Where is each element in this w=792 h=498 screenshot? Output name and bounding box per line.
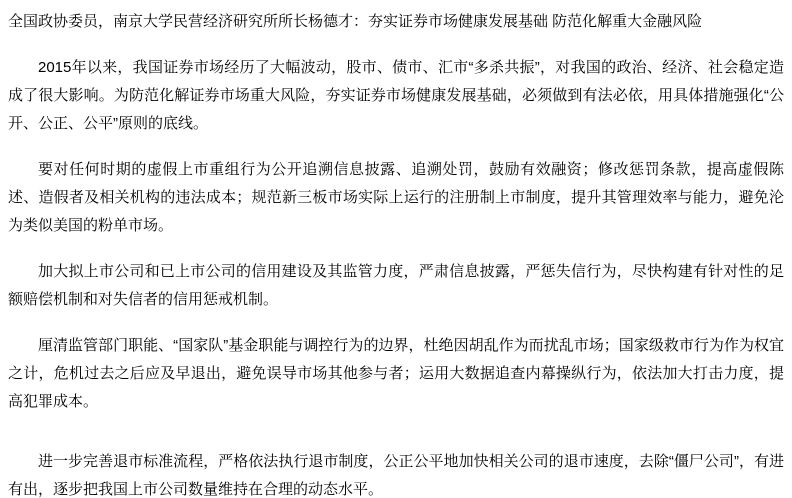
paragraph-regulator-boundaries: 厘清监管部门职能、“国家队”基金职能与调控行为的边界，杜绝因胡乱作为而扰乱市场；… xyxy=(8,332,784,416)
paragraph-fraud-penalties: 要对任何时期的虚假上市重组行为公开追溯信息披露、追溯处罚，鼓励有效融资；修改惩罚… xyxy=(8,156,784,240)
paragraph-market-volatility: 2015年以来，我国证券市场经历了大幅波动，股市、债市、汇市“多杀共振”，对我国… xyxy=(8,54,784,138)
article: 全国政协委员，南京大学民营经济研究所所长杨德才：夯实证券市场健康发展基础 防范化… xyxy=(0,0,792,498)
article-title: 全国政协委员，南京大学民营经济研究所所长杨德才：夯实证券市场健康发展基础 防范化… xyxy=(8,8,784,36)
paragraph-credit-building: 加大拟上市公司和已上市公司的信用建设及其监管力度，严肃信息披露，严惩失信行为，尽… xyxy=(8,258,784,314)
paragraph-delisting-process: 进一步完善退市标准流程，严格依法执行退市制度，公正公平地加快相关公司的退市速度，… xyxy=(8,448,784,498)
